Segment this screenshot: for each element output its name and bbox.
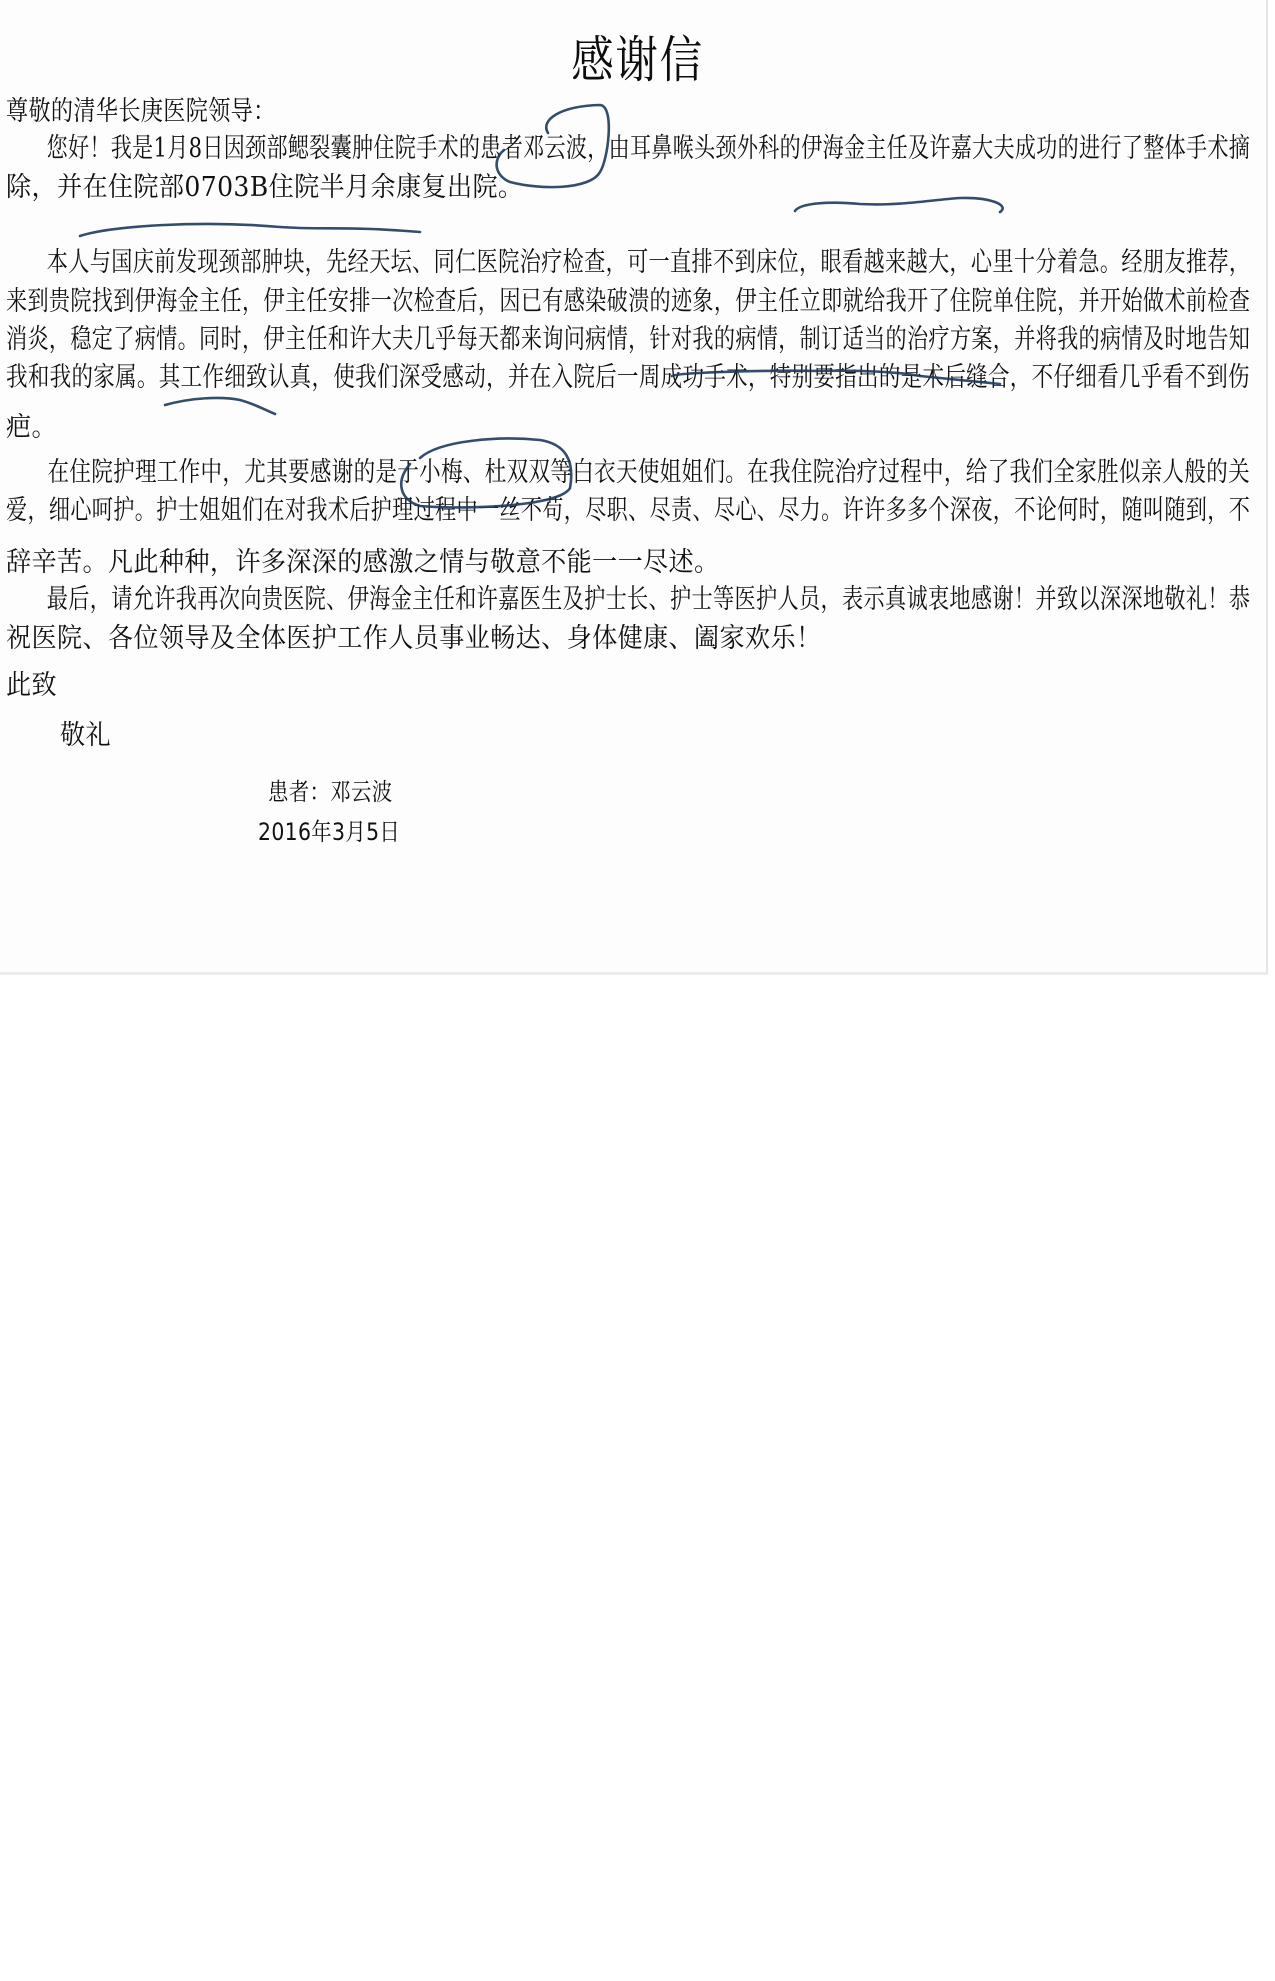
body-line-9: 爱，细心呵护。护士姐姐们在对我术后护理过程中一丝不苟，尽职、尽责、尽心、尽力。许… [6,493,1250,529]
closing-line-2: 敬礼 [60,718,111,754]
body-line-2: 除，并在住院部0703B住院半月余康复出院。 [6,170,523,206]
signature-date: 2016年3月5日 [258,814,400,850]
signature-name: 患者：邓云波 [268,774,392,810]
body-line-6: 我和我的家属。其工作细致认真，使我们深受感动，并在入院后一周成功手术，特别要指出… [6,360,1250,396]
body-line-10: 辞辛苦。凡此种种，许多深深的感激之情与敬意不能一一尽述。 [6,545,719,581]
salutation: 尊敬的清华长庚医院领导： [6,94,276,130]
body-line-4: 来到贵院找到伊海金主任，伊主任安排一次检查后，因已有感染破溃的迹象，伊主任立即就… [6,284,1250,320]
body-line-5: 消炎，稳定了病情。同时，伊主任和许大夫几乎每天都来询问病情，针对我的病情，制订适… [6,322,1250,358]
body-line-8: 在住院护理工作中，尤其要感谢的是于小梅、杜双双等白衣天使姐姐们。在我住院治疗过程… [6,455,1250,491]
body-line-1: 您好！我是1月8日因颈部鳃裂囊肿住院手术的患者邓云波，由耳鼻喉头颈外科的伊海金主… [6,131,1250,167]
closing-line-1: 此致 [6,668,57,704]
body-line-12: 祝医院、各位领导及全体医护工作人员事业畅达、身体健康、阖家欢乐！ [6,621,821,657]
body-line-7: 疤。 [6,410,57,446]
body-line-11: 最后，请允许我再次向贵医院、伊海金主任和许嘉医生及护士长、护士等医护人员，表示真… [6,582,1250,618]
letter-title: 感谢信 [96,20,1180,92]
body-line-3: 本人与国庆前发现颈部肿块，先经天坛、同仁医院治疗检查，可一直排不到床位，眼看越来… [6,245,1250,281]
